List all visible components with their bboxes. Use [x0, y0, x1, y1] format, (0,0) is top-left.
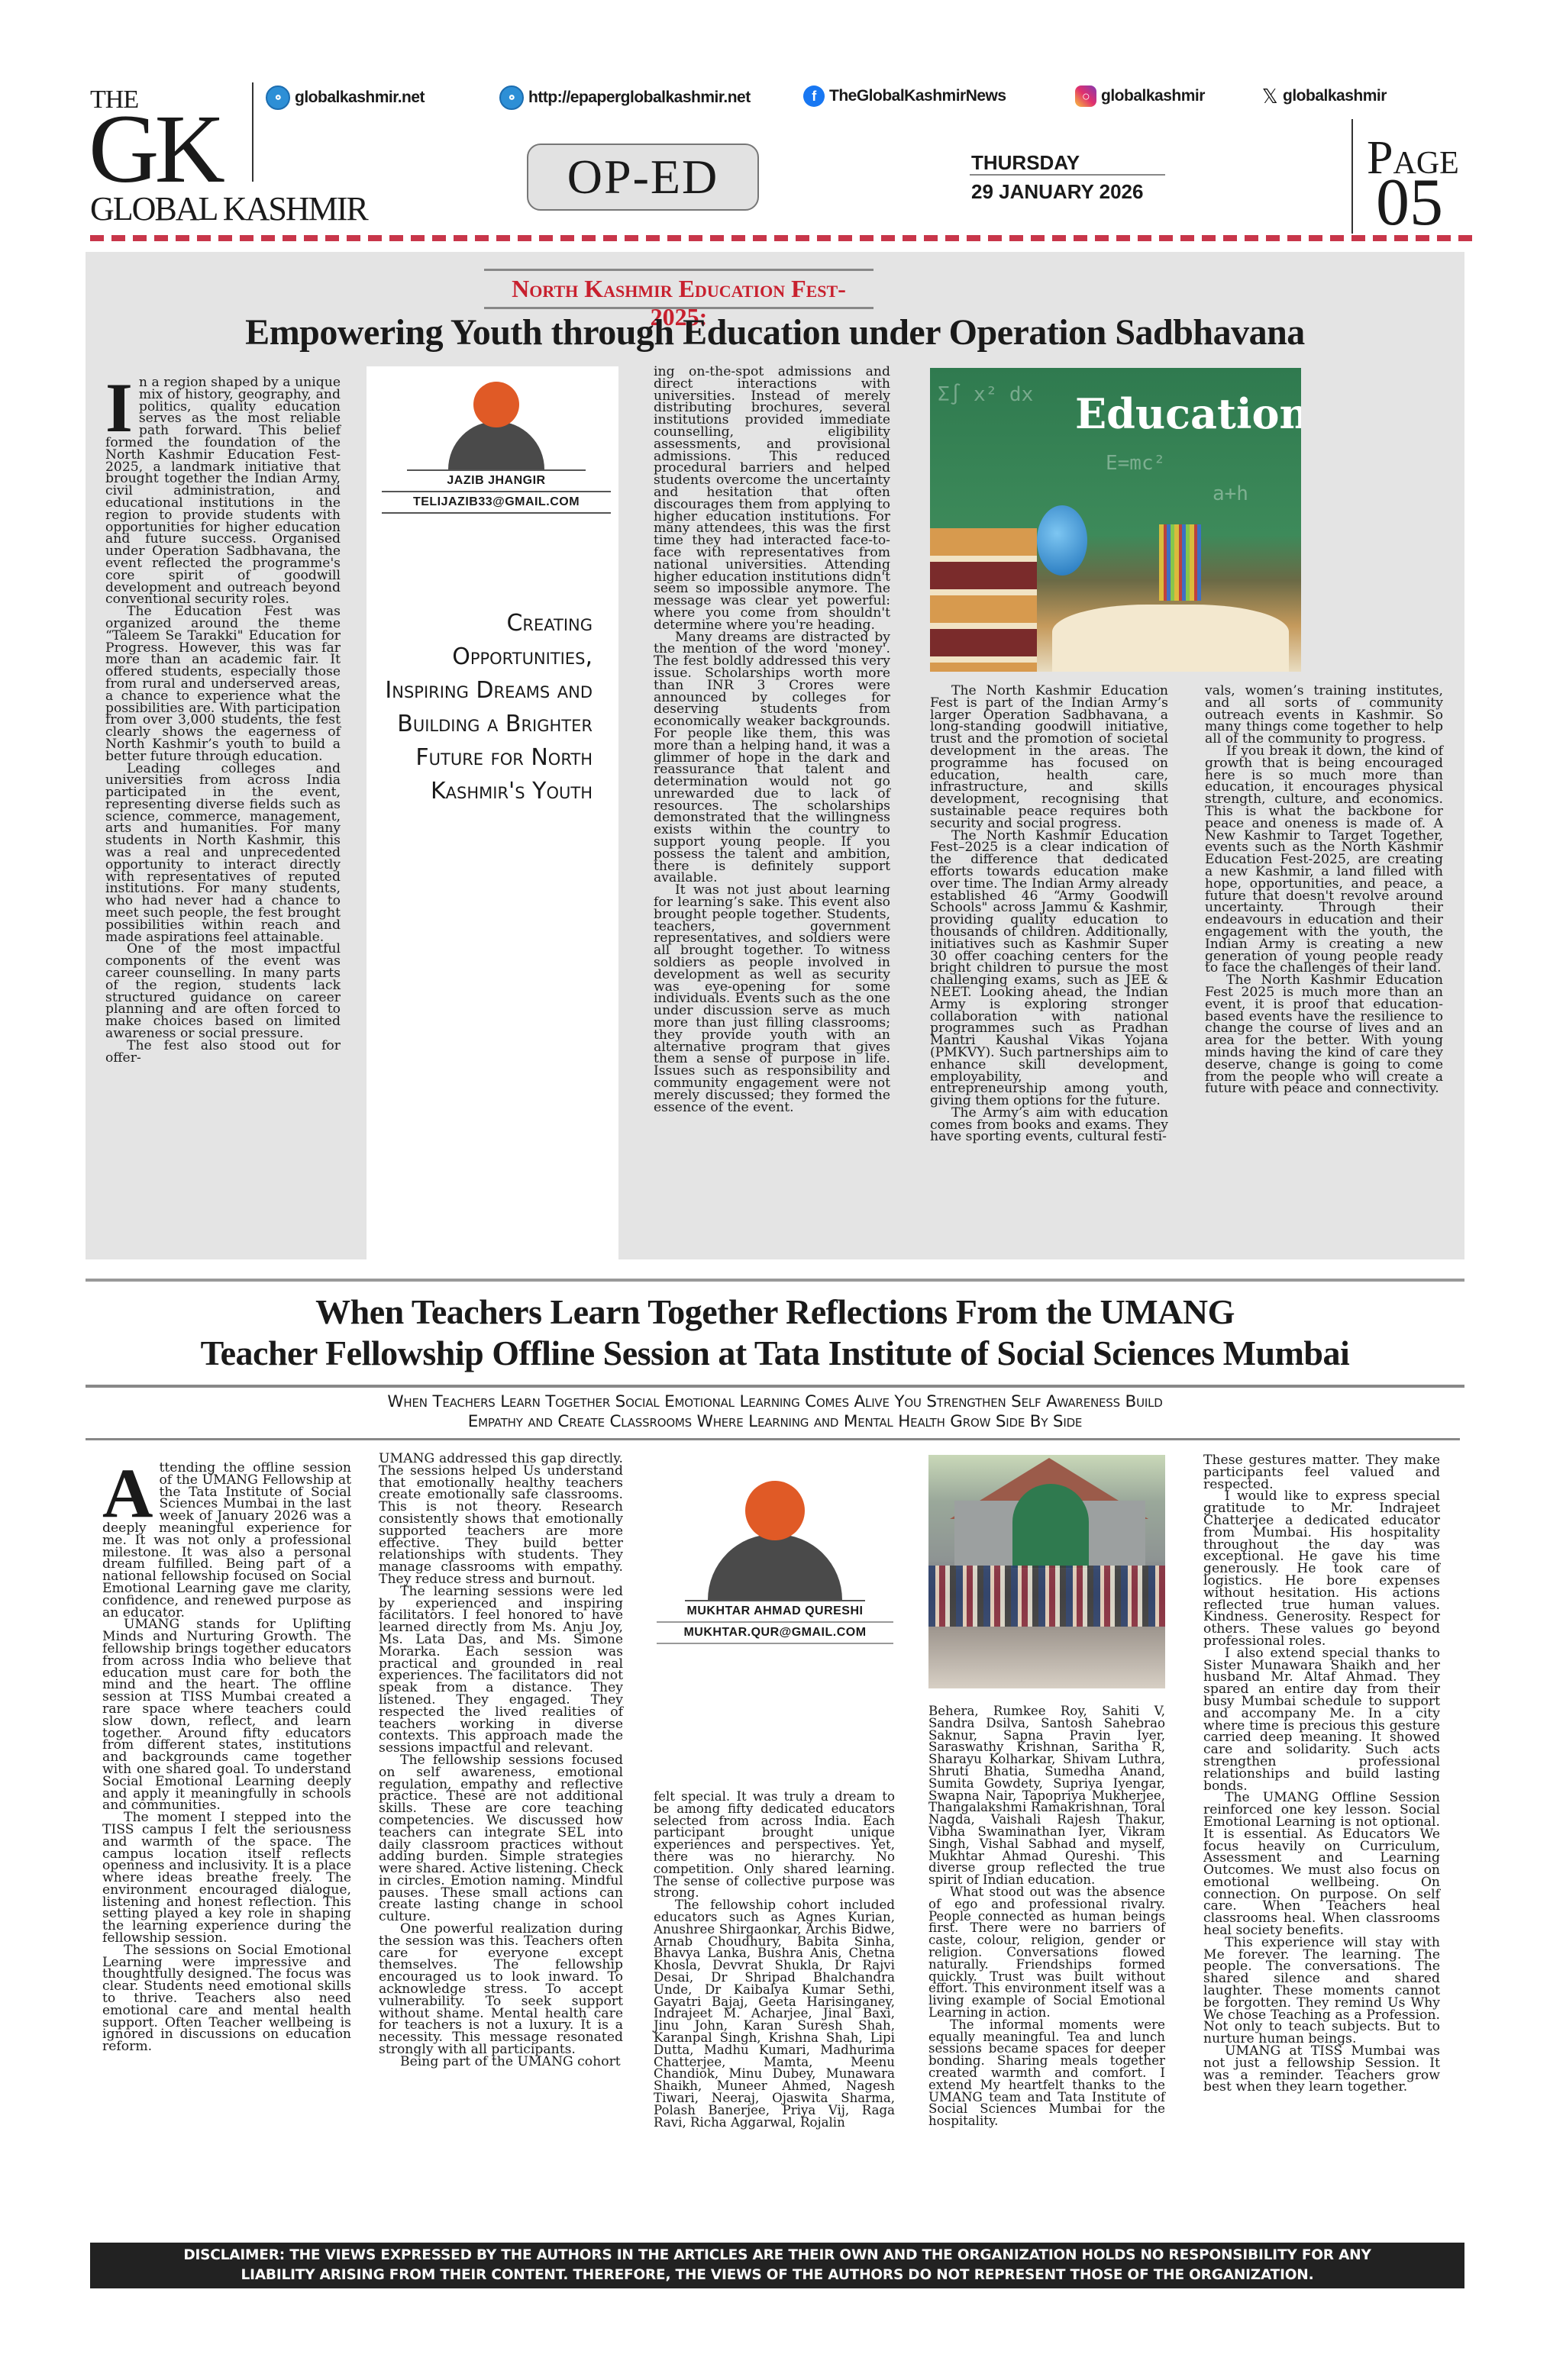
paragraph: One powerful realization during the sess…	[379, 1924, 623, 2056]
avatar-head-icon	[745, 1481, 805, 1540]
issue-day: THURSDAY	[971, 151, 1080, 175]
paragraph: Attending the offline session of the UMA…	[102, 1463, 351, 1619]
article-2-column-5: These gestures matter. They make partici…	[1203, 1455, 1440, 2094]
disclaimer-line-2: LIABILITY ARISING FROM THEIR CONTENT. TH…	[90, 2266, 1464, 2285]
paragraph: The Education Fest was organized around …	[105, 606, 341, 763]
chalk-scribble: a+h	[1213, 482, 1248, 505]
kicker-rule-bottom	[484, 307, 873, 309]
social-epaper-label: http://epaperglobalkashmir.net	[528, 89, 751, 107]
byline-rule	[657, 1621, 893, 1623]
paragraph: UMANG addressed this gap directly. The s…	[379, 1453, 623, 1586]
paragraph: The fellowship sessions focused on self …	[379, 1755, 623, 1924]
photo-crowd	[928, 1566, 1165, 1627]
paragraph: I also extend special thanks to Sister M…	[1203, 1648, 1440, 1793]
byline-rule	[657, 1643, 893, 1644]
paragraph: UMANG at TISS Mumbai was not just a fell…	[1203, 2046, 1440, 2094]
chalk-scribble: E=mc²	[1106, 452, 1165, 475]
paragraph: UMANG stands for Uplifting Minds and Nur…	[102, 1619, 351, 1812]
masthead-divider	[252, 82, 253, 182]
paragraph: This experience will stay with Me foreve…	[1203, 1937, 1440, 2046]
paragraph: felt special. It was truly a dream to be…	[654, 1791, 895, 1899]
subhead-rule	[86, 1438, 1460, 1440]
paragraph: The Army’s aim with education comes from…	[930, 1108, 1168, 1143]
article-1-column-2: ing on-the-spot admissions and direct in…	[654, 366, 890, 1114]
social-facebook-label: TheGlobalKashmirNews	[829, 87, 1006, 105]
social-website-label: globalkashmir.net	[295, 89, 425, 107]
paragraph: Behera, Rumkee Roy, Sahiti V, Sandra Dsi…	[928, 1705, 1165, 1886]
open-book	[1052, 605, 1289, 672]
tiss-tree-mural	[1012, 1484, 1089, 1568]
author-1-byline: JAZIB JHANGIR TELIJAZIB33@GMAIL.COM	[382, 382, 611, 514]
article-2-column-4: Behera, Rumkee Roy, Sahiti V, Sandra Dsi…	[928, 1705, 1165, 2127]
social-website[interactable]: ⚬ globalkashmir.net	[266, 85, 425, 110]
kicker-rule-top	[484, 269, 873, 271]
article-1-headline: Empowering Youth through Education under…	[86, 311, 1464, 353]
group-photo	[928, 1455, 1165, 1688]
article-2-subhead-line-1: When Teachers Learn Together Social Emot…	[86, 1392, 1464, 1412]
paragraph: Leading colleges and universities from a…	[105, 763, 341, 944]
social-instagram[interactable]: ○ globalkashmir	[1075, 85, 1205, 107]
paragraph: The North Kashmir Education Fest is part…	[930, 685, 1168, 830]
paragraph: These gestures matter. They make partici…	[1203, 1455, 1440, 1491]
issue-date: 29 JANUARY 2026	[971, 180, 1143, 204]
byline-rule	[685, 1600, 865, 1601]
avatar-body-icon	[708, 1534, 842, 1600]
author-1-email[interactable]: TELIJAZIB33@GMAIL.COM	[413, 495, 580, 509]
section-label: OP-ED	[527, 144, 759, 211]
avatar-body-icon	[448, 421, 544, 469]
instagram-icon: ○	[1075, 85, 1096, 107]
section-divider	[86, 1279, 1464, 1282]
author-2-email[interactable]: MUKHTAR.QUR@GMAIL.COM	[683, 1626, 866, 1640]
disclaimer-line-1: DISCLAIMER: THE VIEWS EXPRESSED BY THE A…	[90, 2246, 1464, 2266]
masthead-dashed-rule	[90, 235, 1472, 241]
paragraph: The sessions on Social Emotional Learnin…	[102, 1945, 351, 2053]
social-facebook[interactable]: f TheGlobalKashmirNews	[803, 85, 1006, 107]
drop-cap: A	[102, 1466, 153, 1521]
article-2-column-1: Attending the offline session of the UMA…	[102, 1463, 351, 2053]
books-stack	[930, 528, 1037, 672]
paragraph: It was not just about learning for learn…	[654, 885, 890, 1114]
chalk-scribble: Σ∫ x² dx	[938, 383, 1033, 406]
headline-rule	[86, 1385, 1464, 1388]
article-2-headline-line-1: When Teachers Learn Together Reflections…	[86, 1292, 1464, 1333]
paragraph: The UMANG Offline Session reinforced one…	[1203, 1792, 1440, 1937]
facebook-icon: f	[803, 85, 825, 107]
article-2-headline-line-2: Teacher Fellowship Offline Session at Ta…	[86, 1333, 1464, 1374]
article-2-subhead: When Teachers Learn Together Social Emot…	[86, 1392, 1464, 1432]
pencil-cup	[1159, 524, 1201, 601]
author-1-name: JAZIB JHANGIR	[447, 474, 545, 488]
social-instagram-label: globalkashmir	[1101, 87, 1205, 105]
date-divider	[970, 174, 1165, 176]
paragraph: vals, women’s training institutes, and a…	[1205, 685, 1443, 746]
education-image-title: Education	[1075, 389, 1301, 438]
x-icon: 𝕏	[1261, 85, 1278, 107]
article-1-pull-quote: Creating Opportunities, Inspiring Dreams…	[382, 607, 593, 808]
paragraph: The learning sessions were led by experi…	[379, 1586, 623, 1755]
paragraph: ing on-the-spot admissions and direct in…	[654, 366, 890, 632]
paragraph: The fest also stood out for offer-	[105, 1040, 341, 1065]
masthead-logo: GK	[89, 107, 221, 191]
paragraph: The North Kashmir Education Fest 2025 is…	[1205, 975, 1443, 1095]
paragraph: The moment I stepped into the TISS campu…	[102, 1812, 351, 1945]
social-x-label: globalkashmir	[1283, 87, 1387, 105]
author-2-byline: MUKHTAR AHMAD QURESHI MUKHTAR.QUR@GMAIL.…	[657, 1481, 893, 1644]
byline-rule	[407, 469, 586, 471]
article-1-column-1: In a region shaped by a unique mix of hi…	[105, 377, 341, 1064]
globe-icon: ⚬	[499, 85, 524, 110]
social-x[interactable]: 𝕏 globalkashmir	[1261, 85, 1387, 107]
page-number: 05	[1376, 173, 1443, 234]
page-divider	[1351, 119, 1353, 234]
paragraph: Many dreams are distracted by the mentio…	[654, 632, 890, 885]
drop-cap: I	[105, 380, 133, 435]
education-image: Σ∫ x² dx E=mc² a+h Education	[930, 368, 1301, 672]
avatar-head-icon	[473, 382, 519, 427]
paragraph: One of the most impactful components of …	[105, 943, 341, 1040]
byline-rule	[382, 512, 611, 514]
social-epaper[interactable]: ⚬ http://epaperglobalkashmir.net	[499, 85, 751, 110]
paragraph: If you break it down, the kind of growth…	[1205, 746, 1443, 975]
article-2-column-2: UMANG addressed this gap directly. The s…	[379, 1453, 623, 2069]
paragraph: The fellowship cohort included educators…	[654, 1899, 895, 2128]
disclaimer-banner: DISCLAIMER: THE VIEWS EXPRESSED BY THE A…	[90, 2243, 1464, 2288]
paragraph: What stood out was the absence of ego an…	[928, 1886, 1165, 2019]
paragraph: The informal moments were equally meanin…	[928, 2019, 1165, 2127]
byline-rule	[382, 491, 611, 492]
article-1-column-3: The North Kashmir Education Fest is part…	[930, 685, 1168, 1143]
globe-icon: ⚬	[266, 85, 290, 110]
paragraph: Being part of the UMANG cohort	[379, 2056, 623, 2069]
article-2-column-3: felt special. It was truly a dream to be…	[654, 1791, 895, 2128]
article-2-headline: When Teachers Learn Together Reflections…	[86, 1292, 1464, 1374]
paragraph: In a region shaped by a unique mix of hi…	[105, 377, 341, 606]
globe-illustration	[1037, 505, 1087, 576]
author-2-name: MUKHTAR AHMAD QURESHI	[687, 1604, 864, 1618]
article-2-subhead-line-2: Empathy and Create Classrooms Where Lear…	[86, 1412, 1464, 1432]
paragraph: The North Kashmir Education Fest–2025 is…	[930, 830, 1168, 1108]
article-1-column-4: vals, women’s training institutes, and a…	[1205, 685, 1443, 1095]
paragraph: I would like to express special gratitud…	[1203, 1491, 1440, 1647]
masthead-name: GLOBAL KASHMIR	[90, 189, 367, 228]
